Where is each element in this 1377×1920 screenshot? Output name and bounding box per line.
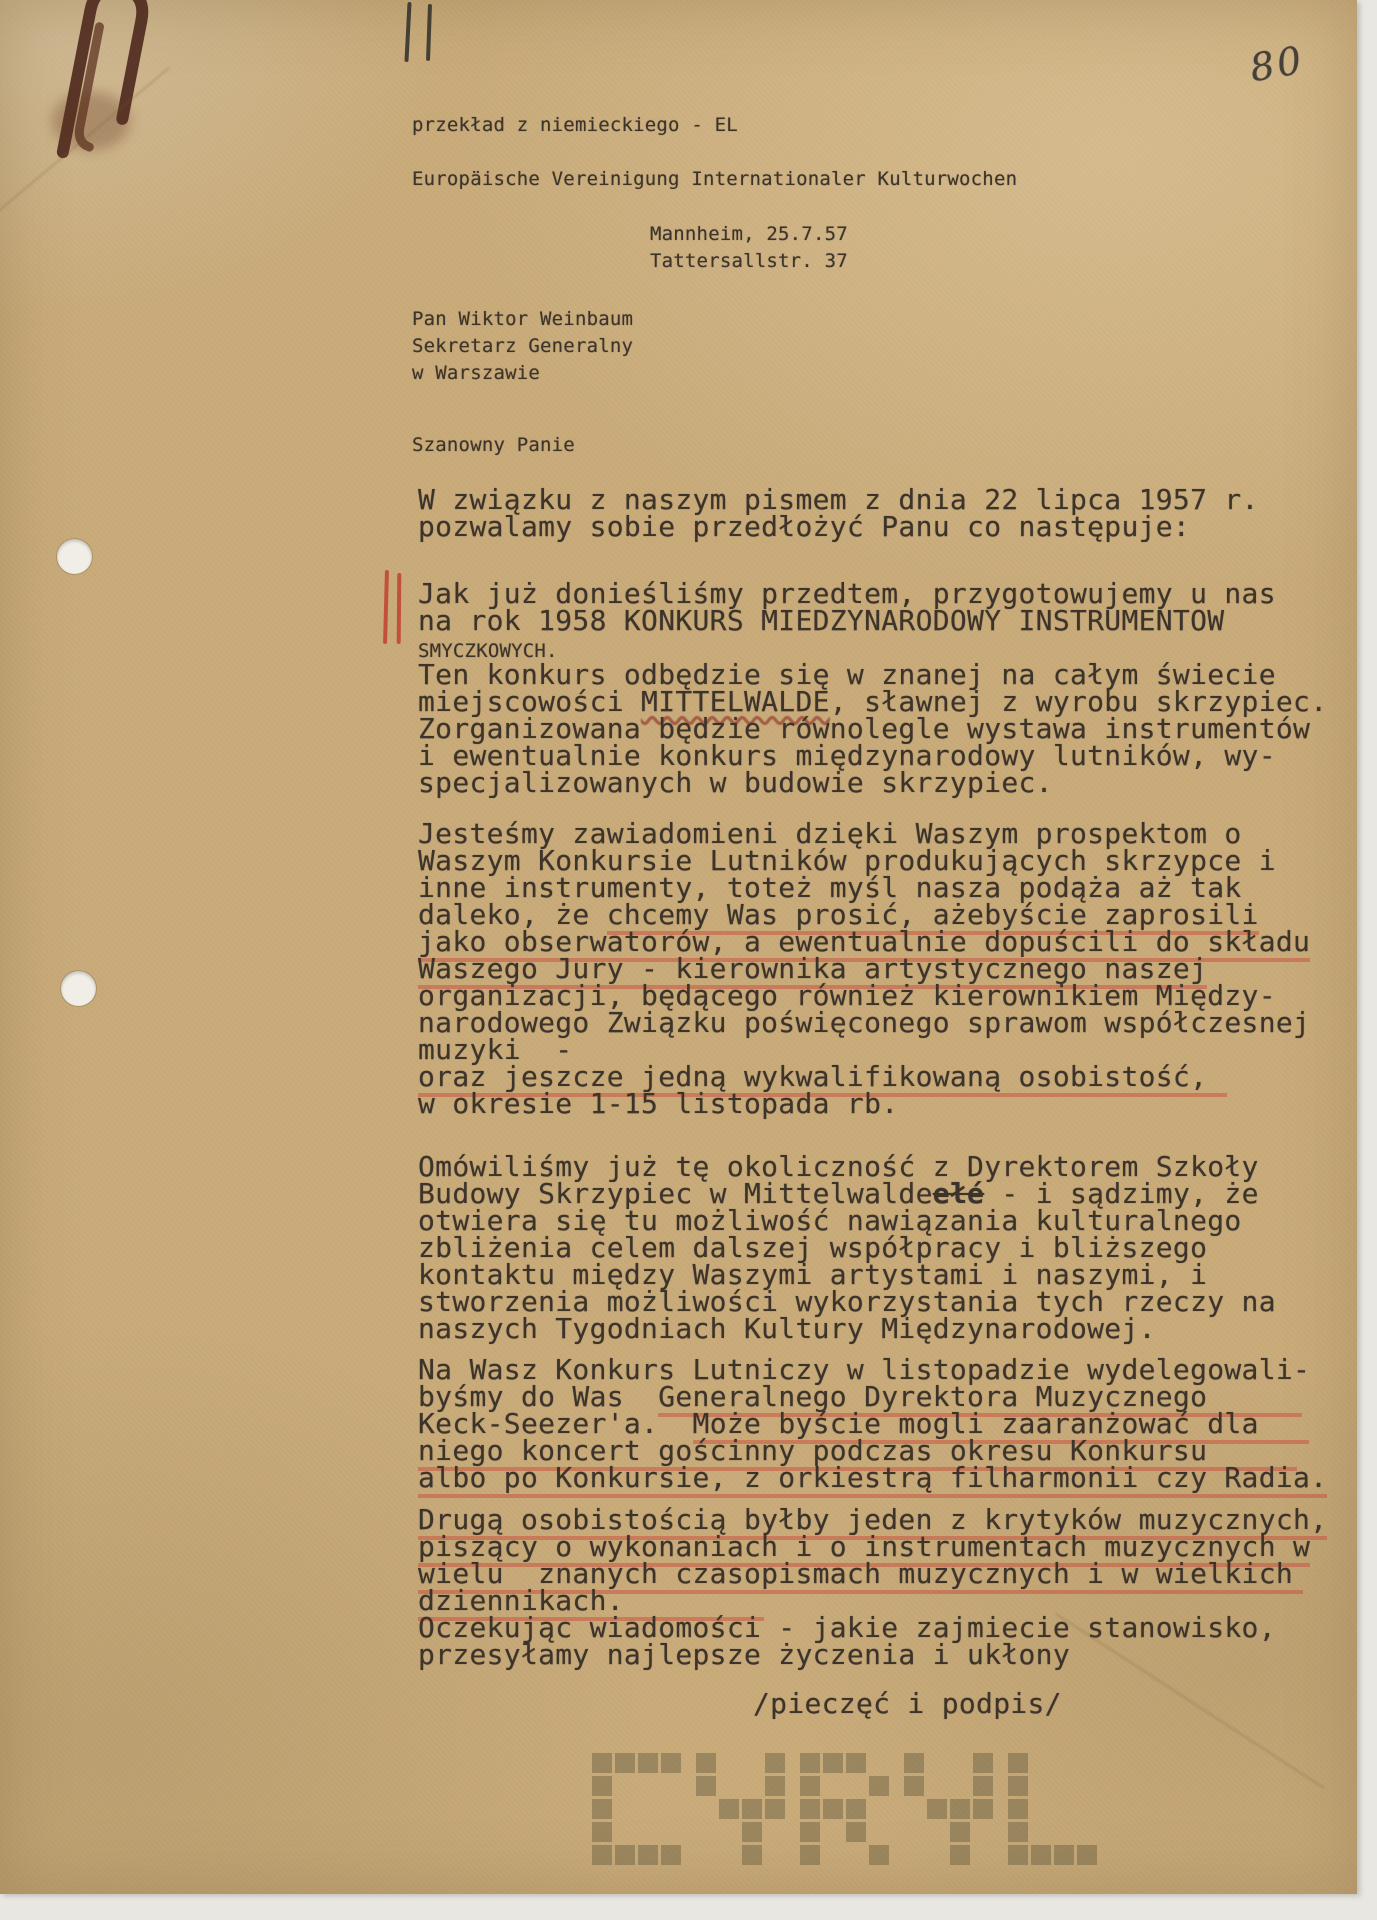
handwritten-page-number: 80: [1247, 38, 1308, 91]
watermark-block: [800, 1753, 820, 1773]
typed-line: Oczekując wiadomości - jakie zajmiecie s…: [418, 1614, 1357, 1641]
typed-line: SMYCZKOWYCH.: [418, 634, 1357, 661]
watermark-block: [592, 1753, 612, 1773]
watermark-block: [904, 1753, 924, 1773]
typed-line: Keck-Seezer'a. Może byście mogli zaaranż…: [418, 1410, 1357, 1437]
watermark-block: [742, 1822, 762, 1842]
typed-line: i ewentualnie konkurs międzynarodowy lut…: [418, 742, 1357, 769]
watermark-block: [638, 1845, 658, 1865]
typed-line: muzyki -: [418, 1036, 1357, 1063]
typed-line: na rok 1958 KONKURS MIEDZYNARODOWY INSTR…: [418, 607, 1357, 634]
text-segment: w okresie 1-15 listopada rb.: [418, 1087, 898, 1120]
watermark-block: [765, 1776, 785, 1796]
watermark-block: [973, 1799, 993, 1819]
typed-line: albo po Konkursie, z orkiestrą filharmon…: [418, 1464, 1357, 1491]
signature-note: /pieczęć i podpis/: [753, 1690, 1062, 1717]
watermark-block: [800, 1845, 820, 1865]
typed-line: wielu znanych czasopismach muzycznych i …: [418, 1560, 1357, 1587]
typed-line: Budowy Skrzypiec w Mittelwaldeełé - i są…: [418, 1180, 1357, 1207]
typed-line: piszący o wykonaniach i o instrumentach …: [418, 1533, 1357, 1560]
typed-line: Zorganizowana będzie równolegle wystawa …: [418, 715, 1357, 742]
typed-line: otwiera się tu możliwość nawiązania kult…: [418, 1207, 1357, 1234]
watermark-block: [1054, 1845, 1074, 1865]
watermark-block: [592, 1845, 612, 1865]
watermark-block: [765, 1799, 785, 1819]
paragraph: Jak już donieśliśmy przedtem, przygotowu…: [418, 580, 1357, 796]
typed-line: przesyłamy najlepsze życzenia i ukłony: [418, 1641, 1357, 1668]
watermark-block: [742, 1799, 762, 1819]
typed-line: oraz jeszcze jedną wykwalifikowaną osobi…: [418, 1063, 1357, 1090]
recipient-name: Pan Wiktor Weinbaum: [412, 306, 633, 333]
watermark-block: [1008, 1776, 1028, 1796]
place-date: Mannheim, 25.7.57: [650, 221, 848, 248]
typed-line: Na Wasz Konkurs Lutniczy w listopadzie w…: [418, 1356, 1357, 1383]
organization-name: Europäische Vereinigung Internationaler …: [412, 166, 1017, 193]
watermark-block: [765, 1753, 785, 1773]
recipient-title: Sekretarz Generalny: [412, 333, 633, 360]
watermark-block: [1008, 1799, 1028, 1819]
typed-line: Omówiliśmy już tę okoliczność z Dyrektor…: [418, 1153, 1357, 1180]
typed-line: organizacji, będącego również kierowniki…: [418, 982, 1357, 1009]
typed-line: Jesteśmy zawiadomieni dzięki Waszym pros…: [418, 820, 1357, 847]
salutation: Szanowny Panie: [412, 432, 575, 459]
scanned-letter-page: 80 przekład z niemieckiego - EL Europäis…: [0, 0, 1357, 1894]
watermark-block: [800, 1822, 820, 1842]
punch-hole-top: [57, 539, 92, 574]
text-segment: specjalizowanych w budowie skrzypiec.: [418, 766, 1053, 799]
watermark-block: [800, 1776, 820, 1796]
translation-note: przekład z niemieckiego - EL: [412, 112, 738, 139]
paragraph: Jesteśmy zawiadomieni dzięki Waszym pros…: [418, 820, 1357, 1117]
watermark-block: [846, 1753, 866, 1773]
watermark-block: [592, 1799, 612, 1819]
typed-line: daleko, że chcemy Was prosić, ażebyście …: [418, 901, 1357, 928]
watermark-block: [950, 1799, 970, 1819]
paperclip: [4, 0, 199, 179]
watermark-block: [800, 1799, 820, 1819]
watermark-block: [696, 1753, 716, 1773]
watermark-block: [592, 1822, 612, 1842]
text-segment: przesyłamy najlepsze życzenia i ukłony: [418, 1638, 1070, 1671]
watermark-block: [927, 1799, 947, 1819]
typed-line: byśmy do Was Generalnego Dyrektora Muzyc…: [418, 1383, 1357, 1410]
typed-line: jako obserwatorów, a ewentualnie dopuści…: [418, 928, 1357, 955]
watermark-block: [615, 1845, 635, 1865]
recipient-block: Pan Wiktor Weinbaum Sekretarz Generalny …: [412, 306, 633, 387]
typed-line: zbliżenia celem dalszej współpracy i bli…: [418, 1234, 1357, 1261]
red-underlined-text: albo po Konkursie, z orkiestrą filharmon…: [418, 1461, 1327, 1498]
street-address: Tattersallstr. 37: [650, 248, 848, 275]
typed-line: niego koncert gościnny podczas okresu Ko…: [418, 1437, 1357, 1464]
typed-line: specjalizowanych w budowie skrzypiec.: [418, 769, 1357, 796]
watermark-block: [615, 1753, 635, 1773]
typed-line: stworzenia możliwości wykorzystania tych…: [418, 1288, 1357, 1315]
typed-line: kontaktu między Waszymi artystami i nasz…: [418, 1261, 1357, 1288]
watermark-block: [719, 1799, 739, 1819]
typed-line: narodowego Związku poświęconego sprawom …: [418, 1009, 1357, 1036]
typed-line: naszych Tygodniach Kultury Międzynarodow…: [418, 1315, 1357, 1342]
watermark-block: [846, 1799, 866, 1819]
paragraph: Drugą osobistością byłby jeden z krytykó…: [418, 1506, 1357, 1668]
punch-hole-bottom: [61, 971, 96, 1006]
letter-body: W związku z naszym pismem z dnia 22 lipc…: [418, 486, 1357, 1668]
watermark-block: [592, 1776, 612, 1796]
watermark-block: [904, 1776, 924, 1796]
typed-line: miejscowości MITTELWALDE, sławnej z wyro…: [418, 688, 1357, 715]
date-block: Mannheim, 25.7.57 Tattersallstr. 37: [650, 221, 848, 275]
typed-line: W związku z naszym pismem z dnia 22 lipc…: [418, 486, 1357, 513]
paragraph: Omówiliśmy już tę okoliczność z Dyrektor…: [418, 1153, 1357, 1342]
typed-line: pozwalamy sobie przedłożyć Panu co nastę…: [418, 513, 1357, 540]
watermark-block: [846, 1822, 866, 1842]
rust-stain: [52, 92, 130, 150]
watermark-block: [742, 1845, 762, 1865]
watermark-block: [823, 1753, 843, 1773]
typed-line: Ten konkurs odbędzie się w znanej na cał…: [418, 661, 1357, 688]
watermark-block: [661, 1845, 681, 1865]
watermark-block: [1008, 1845, 1028, 1865]
typed-line: inne instrumenty, toteż myśl nasza podąż…: [418, 874, 1357, 901]
recipient-city: w Warszawie: [412, 360, 633, 387]
watermark-block: [973, 1753, 993, 1773]
watermark-block: [950, 1845, 970, 1865]
paragraph: Na Wasz Konkurs Lutniczy w listopadzie w…: [418, 1356, 1357, 1491]
typed-line: Drugą osobistością byłby jeden z krytykó…: [418, 1506, 1357, 1533]
paragraph: W związku z naszym pismem z dnia 22 lipc…: [418, 486, 1357, 540]
typed-line: Waszym Konkursie Lutników produkujących …: [418, 847, 1357, 874]
watermark-block: [638, 1753, 658, 1773]
watermark-block: [1031, 1845, 1051, 1865]
text-segment: pozwalamy sobie przedłożyć Panu co nastę…: [418, 510, 1190, 543]
typed-line: Jak już donieśliśmy przedtem, przygotowu…: [418, 580, 1357, 607]
watermark-block: [1077, 1845, 1097, 1865]
watermark-block: [1008, 1753, 1028, 1773]
watermark-block: [869, 1845, 889, 1865]
text-segment: naszych Tygodniach Kultury Międzynarodow…: [418, 1312, 1156, 1345]
watermark-block: [661, 1753, 681, 1773]
text-segment: na rok 1958 KONKURS MIEDZYNARODOWY INSTR…: [418, 604, 1224, 637]
watermark-block: [696, 1776, 716, 1796]
watermark-block: [869, 1776, 889, 1796]
watermark-block: [950, 1822, 970, 1842]
watermark-block: [1008, 1822, 1028, 1842]
watermark-block: [823, 1799, 843, 1819]
watermark-block: [973, 1776, 993, 1796]
